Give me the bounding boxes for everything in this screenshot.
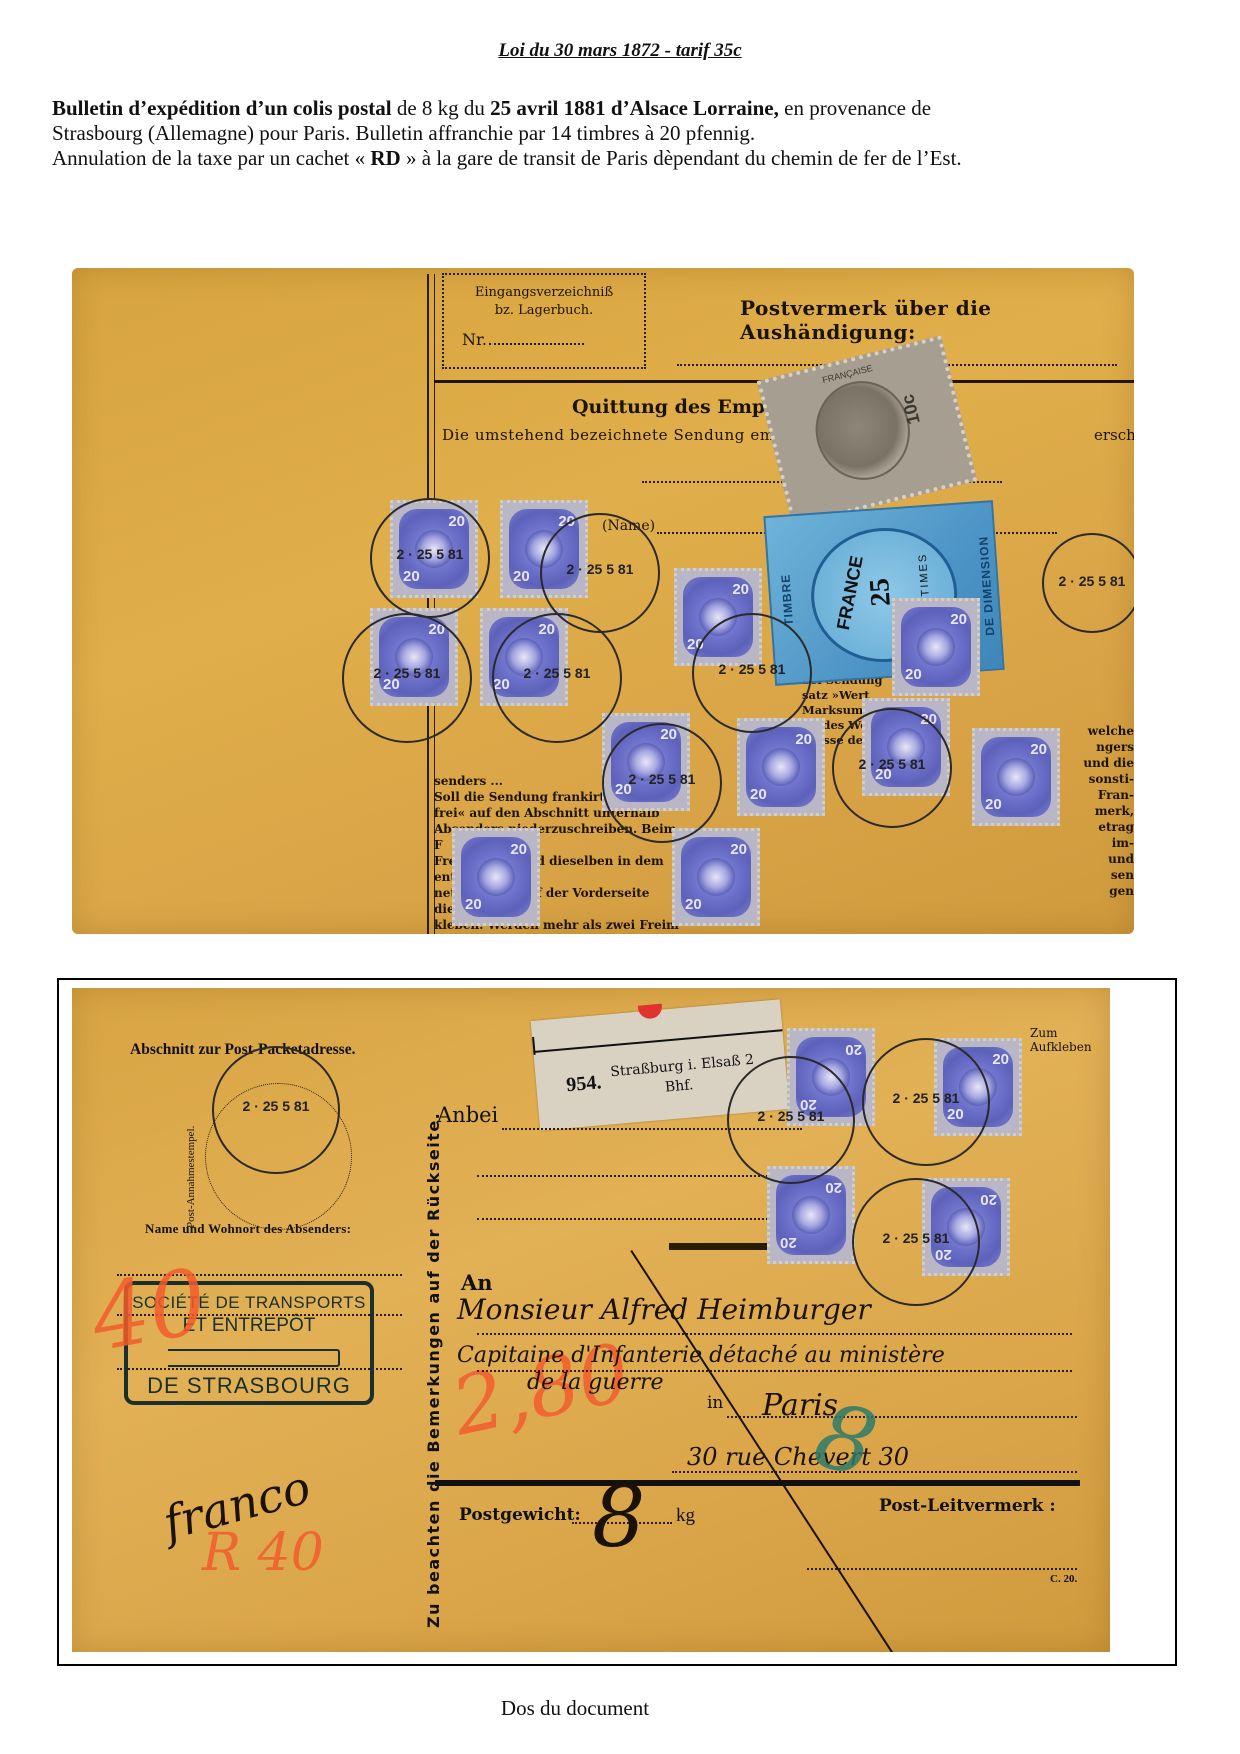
receipt-text-end: erschrift xyxy=(1094,426,1134,444)
postmark-cancel: 2 · 25 5 81 xyxy=(212,1046,340,1174)
vertical-note: Zu beachten die Bemerkungen auf der Rück… xyxy=(424,1112,443,1628)
eagle-icon xyxy=(477,858,515,896)
zum-aufkleben-label: Zum Aufkleben xyxy=(1030,1026,1110,1054)
form-code: C. 20. xyxy=(1050,1573,1077,1585)
parcel-address-back: Abschnitt zur Post-Packetadresse. Zu bea… xyxy=(72,988,1110,1652)
recipient-street: 30 rue Chevert 30 xyxy=(687,1443,909,1471)
dotted-line xyxy=(477,1333,1072,1335)
caption: Dos du document xyxy=(0,1696,1150,1721)
instructions-right: welchengers und die sonsti-Fran-merk,etr… xyxy=(1072,723,1134,899)
postmark-cancel: 2 · 25 5 81 xyxy=(602,723,722,843)
postmark-cancel: 2 · 25 5 81 xyxy=(692,613,812,733)
postmark-cancel: 2 · 25 5 81 xyxy=(1042,533,1134,633)
ceres-head-icon xyxy=(805,371,920,490)
stamp-circle-label: Post-Annahmestempel. xyxy=(185,1126,197,1228)
intro-line-3: Annulation de la taxe par un cachet « RD… xyxy=(52,146,1202,171)
dotted-line xyxy=(477,1175,772,1177)
weight-handwriting: 8 xyxy=(592,1468,645,1566)
postgewicht-label: Postgewicht: xyxy=(459,1505,581,1525)
page-title: Loi du 30 mars 1872 - tarif 35c xyxy=(0,40,1240,62)
postmark-cancel: 2 · 25 5 81 xyxy=(492,613,622,743)
parcel-bulletin-front: Eingangsverzeichniß bz. Lagerbuch. Nr. P… xyxy=(72,268,1134,934)
kg-label: kg xyxy=(676,1505,695,1527)
register-box: Eingangsverzeichniß bz. Lagerbuch. Nr. xyxy=(442,273,646,369)
intro-line-1: Bulletin d’expédition d’un colis postal … xyxy=(52,96,1202,121)
eagle-icon xyxy=(697,858,735,896)
anbei-label: Anbei xyxy=(437,1103,498,1127)
postmark-cancel: 2 · 25 5 81 xyxy=(727,1056,855,1184)
dotted-line xyxy=(807,1568,1077,1570)
eagle-icon xyxy=(997,758,1035,796)
red-seal-icon xyxy=(638,1004,663,1020)
dotted-line xyxy=(727,1416,1077,1418)
leitvermerk-label: Post-Leitvermerk : xyxy=(879,1496,1056,1516)
german-20-pfennig-stamp: 2020 xyxy=(972,728,1060,826)
postmark-cancel: 2 · 25 5 81 xyxy=(832,708,952,828)
eagle-icon xyxy=(917,628,955,666)
intro-line-2: Strasbourg (Allemagne) pour Paris. Bulle… xyxy=(52,121,1202,146)
recipient-ministry: de la guerre xyxy=(527,1370,664,1395)
in-label: in xyxy=(707,1393,723,1413)
postmark-cancel: 2 · 25 5 81 xyxy=(342,613,472,743)
postmark-cancel: 2 · 25 5 81 xyxy=(370,498,490,618)
german-20-pfennig-stamp: 2020 xyxy=(892,598,980,696)
sender-label: Name und Wohnort des Absenders: xyxy=(145,1221,351,1237)
an-label: An xyxy=(461,1270,493,1295)
rule-line xyxy=(435,1480,1080,1486)
dotted-line xyxy=(672,1471,1077,1473)
eagle-icon xyxy=(762,748,800,786)
postmark-cancel: 2 · 25 5 81 xyxy=(862,1038,990,1166)
dotted-line xyxy=(477,1218,772,1220)
red-crayon-mark: 40 xyxy=(84,1249,215,1372)
eagle-icon xyxy=(792,1196,830,1234)
rule-line xyxy=(669,1243,781,1250)
intro-paragraph: Bulletin d’expédition d’un colis postal … xyxy=(52,96,1202,171)
german-20-pfennig-stamp: 2020 xyxy=(452,828,540,926)
postmark-cancel: 2 · 25 5 81 xyxy=(852,1178,980,1306)
german-20-pfennig-stamp: 2020 xyxy=(672,828,760,926)
recipient-name: Monsieur Alfred Heimburger xyxy=(457,1293,871,1326)
